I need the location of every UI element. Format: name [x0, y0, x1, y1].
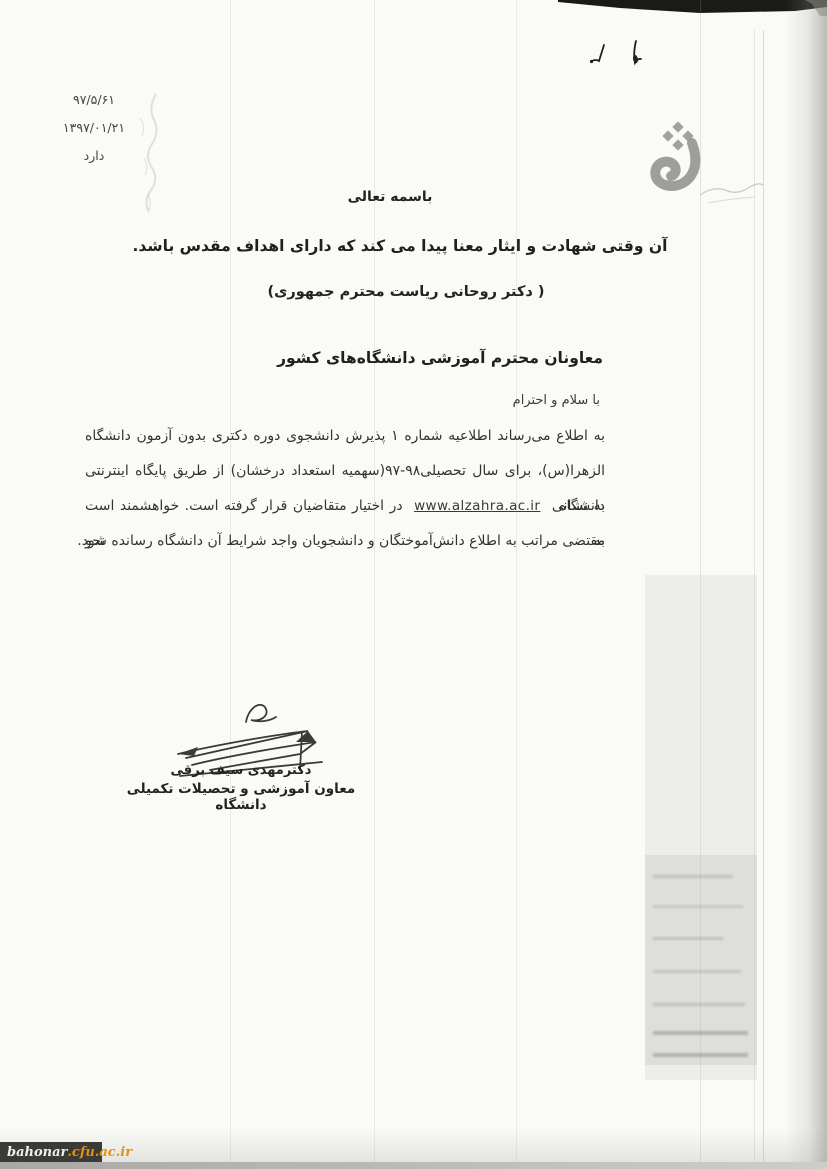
scanned-letter-page: { "letter": { "ref_number": "۹۷/۵/۶۱", "…	[0, 0, 827, 1169]
watermark-prefix: bahonar	[7, 1145, 67, 1160]
bleed-text-line	[653, 1031, 748, 1035]
bleed-text-line	[653, 1003, 745, 1006]
quote-attribution: ( دکتر روحانی ریاست محترم جمهوری)	[0, 284, 812, 300]
show-through-band	[645, 575, 757, 1080]
bleed-text-line	[653, 937, 723, 940]
invocation-besmele: باسمه تعالی	[0, 189, 780, 205]
scan-edge-bottom	[0, 1162, 827, 1169]
quote-line: آن وقتی شهادت و ایثار معنا پیدا می کند ک…	[0, 237, 800, 255]
body-line-2: الزهرا(س)، برای سال تحصیلی۹۸-۹۷(سهمیه اس…	[85, 454, 605, 489]
handwritten-ink-marks	[585, 33, 655, 73]
bleed-text-line	[653, 1053, 748, 1057]
page-edge-right	[785, 0, 827, 1169]
body-line-1: به اطلاع می‌رساند اطلاعیه شماره ۱ پذیرش …	[85, 419, 605, 454]
watermark-suffix: .cfu.ac.ir	[67, 1145, 132, 1160]
scan-shadow-top	[0, 0, 827, 16]
body-line-3-prefix: به نشانی	[552, 498, 605, 514]
body-line-4: مقتضی مراتب به اطلاع دانش‌آموختگان و دان…	[85, 524, 605, 559]
alzahra-url-text: www.alzahra.ac.ir	[408, 489, 546, 524]
bleed-text-line	[653, 905, 743, 908]
fold-line	[230, 0, 231, 1162]
fold-line	[516, 0, 517, 1162]
bleed-text-line	[653, 970, 741, 973]
salutation-line: با سلام و احترام	[513, 393, 600, 408]
body-line-3: به نشانی www.alzahra.ac.ir در اختیار متق…	[85, 489, 605, 524]
site-watermark: bahonar.cfu.ac.ir	[0, 1142, 102, 1162]
fold-line	[374, 0, 375, 1162]
recipient-heading: معاونان محترم آموزشی دانشگاه‌های کشور	[277, 349, 603, 367]
letter-body-paragraph: به اطلاع می‌رساند اطلاعیه شماره ۱ پذیرش …	[85, 419, 605, 559]
bleed-text-line	[653, 875, 733, 878]
signature-block: دکترمهدی سیف برقی معاون آموزشی و تحصیلات…	[104, 763, 378, 813]
signer-title: معاون آموزشی و تحصیلات تکمیلی دانشگاه	[104, 781, 378, 813]
signer-name: دکترمهدی سیف برقی	[104, 763, 378, 778]
